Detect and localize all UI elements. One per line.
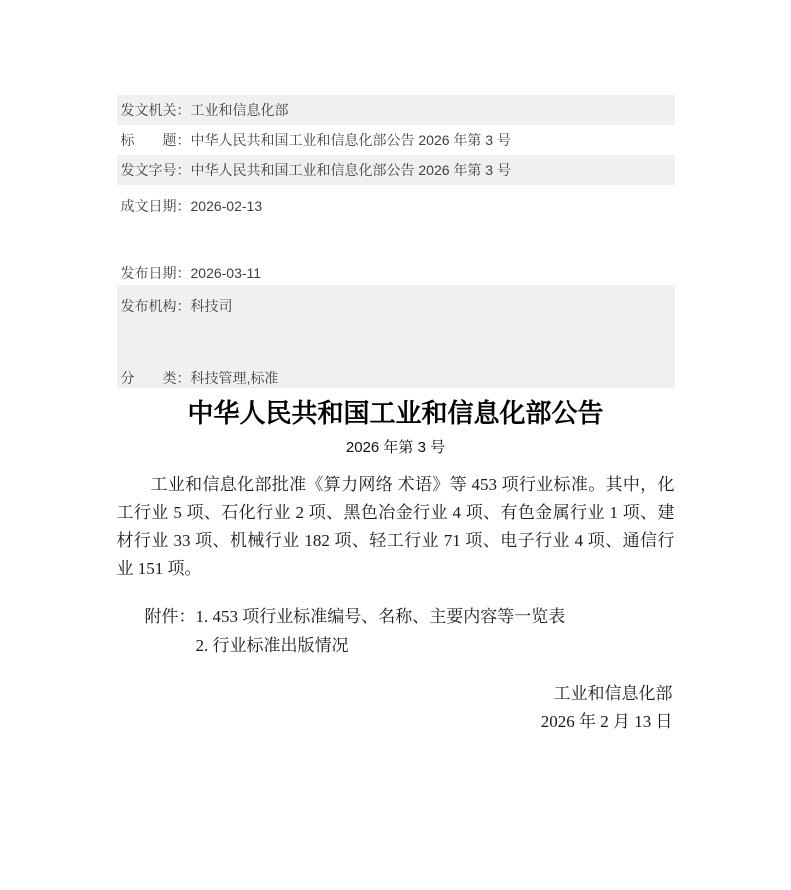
meta-value-publishing-department: 科技司 xyxy=(191,296,233,316)
meta-label-date-written: 成文日期： xyxy=(121,196,191,216)
signature-date: 2026 年 2 月 13 日 xyxy=(117,708,673,736)
attachment-item-1: 1. 453 项行业标准编号、名称、主要内容等一览表 xyxy=(196,607,566,626)
attachments-label: 附件： xyxy=(145,607,196,626)
meta-row-category: 分 类：科技管理,标准 xyxy=(117,368,675,388)
meta-row-publishing-department: 发布机构：科技司 xyxy=(117,291,675,321)
signature-agency: 工业和信息化部 xyxy=(117,680,673,708)
meta-row-issuing-agency: 发文机关：工业和信息化部 xyxy=(117,95,675,125)
body-paragraph: 工业和信息化部批准《算力网络 术语》等 453 项行业标准。其中，化工行业 5 … xyxy=(117,471,675,583)
meta-label-title: 标 题： xyxy=(121,130,191,150)
issue-number: 2026 年第 3 号 xyxy=(117,438,675,458)
meta-spacer xyxy=(117,227,675,261)
attachment-line-2: 2. 行业标准出版情况 xyxy=(145,631,675,660)
meta-row-document-number: 发文字号：中华人民共和国工业和信息化部公告 2026 年第 3 号 xyxy=(117,155,675,185)
signature-block: 工业和信息化部 2026 年 2 月 13 日 xyxy=(117,680,675,736)
meta-value-document-number: 中华人民共和国工业和信息化部公告 2026 年第 3 号 xyxy=(191,160,512,180)
meta-row-date-written: 成文日期：2026-02-13 xyxy=(117,185,675,227)
meta-value-issuing-agency: 工业和信息化部 xyxy=(191,100,289,120)
attachment-line-1: 附件：1. 453 项行业标准编号、名称、主要内容等一览表 xyxy=(145,602,675,631)
meta-value-title: 中华人民共和国工业和信息化部公告 2026 年第 3 号 xyxy=(191,130,512,150)
meta-row-title: 标 题：中华人民共和国工业和信息化部公告 2026 年第 3 号 xyxy=(117,125,675,155)
meta-label-document-number: 发文字号： xyxy=(121,160,191,180)
meta-label-category: 分 类： xyxy=(121,368,191,388)
document-page: 发文机关：工业和信息化部 标 题：中华人民共和国工业和信息化部公告 2026 年… xyxy=(117,95,675,736)
meta-label-issuing-agency: 发文机关： xyxy=(121,100,191,120)
document-title: 中华人民共和国工业和信息化部公告 xyxy=(117,396,675,430)
meta-value-category: 科技管理,标准 xyxy=(191,368,279,388)
metadata-table: 发文机关：工业和信息化部 标 题：中华人民共和国工业和信息化部公告 2026 年… xyxy=(117,95,675,388)
meta-label-date-published: 发布日期： xyxy=(121,263,191,283)
meta-row-date-published: 发布日期：2026-03-11 xyxy=(117,261,675,285)
meta-block-publisher-category: 发布机构：科技司 分 类：科技管理,标准 xyxy=(117,285,675,388)
meta-value-date-published: 2026-03-11 xyxy=(191,265,262,281)
attachment-item-2: 2. 行业标准出版情况 xyxy=(196,636,349,655)
meta-value-date-written: 2026-02-13 xyxy=(191,198,263,214)
meta-label-publishing-department: 发布机构： xyxy=(121,296,191,316)
attachments-section: 附件：1. 453 项行业标准编号、名称、主要内容等一览表 2. 行业标准出版情… xyxy=(145,602,675,660)
